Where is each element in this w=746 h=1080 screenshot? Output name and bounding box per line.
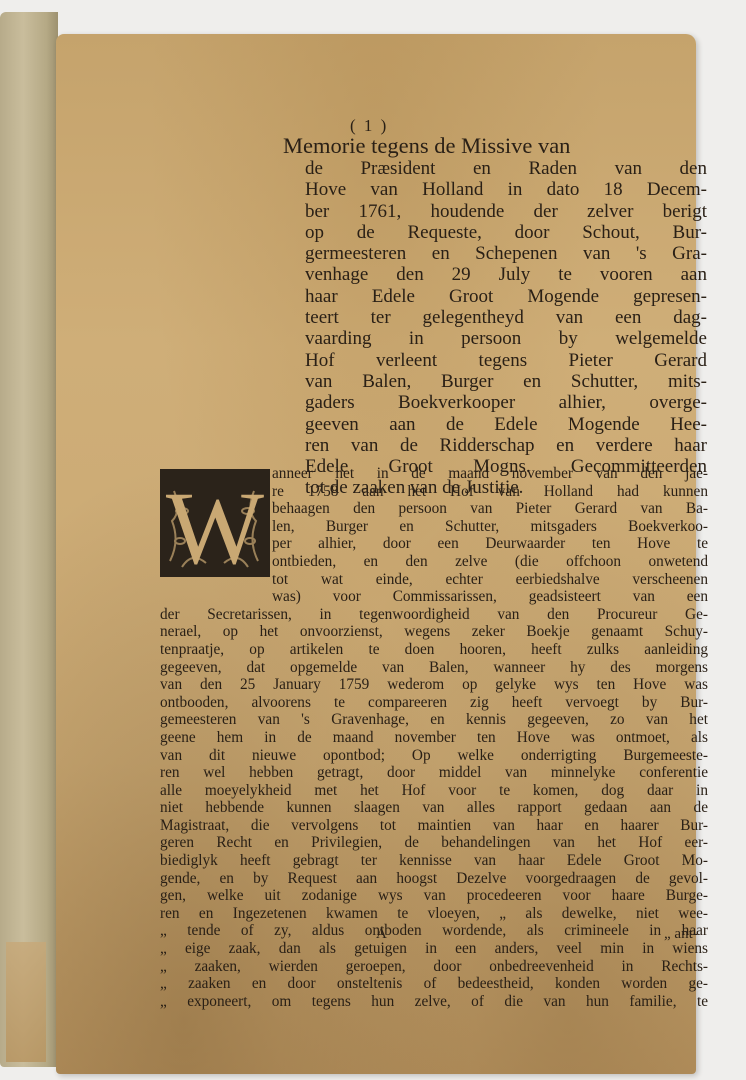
body-quoted-lines: „ tende of zy, aldus ontboden wordende, … bbox=[160, 922, 708, 1010]
text-line: de Præsident en Raden van den bbox=[283, 158, 707, 179]
text-line: Hof verleent tegens Pieter Gerard bbox=[283, 350, 707, 371]
text-line: biediglyk heeft gebragt ter kennisse van… bbox=[160, 852, 708, 870]
text-line: ber 1761, houdende der zelver berigt bbox=[283, 201, 707, 222]
text-line: „ eige zaak, dan als getuigen in een and… bbox=[160, 940, 708, 958]
text-line: ontbooden, alvoorens te compareeren zig … bbox=[160, 694, 708, 712]
text-line: geeven aan de Edele Mogende Hee- bbox=[283, 414, 707, 435]
text-line: teert ter gelegentheyd van een dag- bbox=[283, 307, 707, 328]
body-full-lines: der Secretarissen, in tegenwoordigheid v… bbox=[160, 606, 708, 923]
text-line: gemeesteren van 's Gravenhage, en kennis… bbox=[160, 711, 708, 729]
text-line: „ zaaken en door onsteltenis of bedeesth… bbox=[160, 975, 708, 993]
title-heading: Memorie tegens de Missive van bbox=[283, 134, 707, 158]
signature-mark: A bbox=[376, 926, 387, 943]
title-block: Memorie tegens de Missive van de Præside… bbox=[283, 134, 707, 499]
title-subtitle: de Præsident en Raden van denHove van Ho… bbox=[283, 158, 707, 499]
text-line: gegeeven, dat opgemelde van Balen, wanne… bbox=[160, 659, 708, 677]
text-line: van Balen, Burger en Schutter, mits- bbox=[283, 371, 707, 392]
text-line: „ tende of zy, aldus ontboden wordende, … bbox=[160, 922, 708, 940]
text-line: gende, en by Request aan hoogst Dezelve … bbox=[160, 870, 708, 888]
previous-page-edge bbox=[0, 12, 58, 1067]
text-line: venhage den 29 July te vooren aan bbox=[283, 264, 707, 285]
decorated-initial-w-icon: W bbox=[160, 469, 270, 577]
text-line: op de Requeste, door Schout, Bur- bbox=[283, 222, 707, 243]
text-line: alle moeyelykheid met het Hof voor te ko… bbox=[160, 782, 708, 800]
text-line: ren en Ingezetenen kwamen te vloeyen, „ … bbox=[160, 905, 708, 923]
torn-paper-fragment bbox=[6, 942, 46, 1062]
catchword: „ ant- bbox=[664, 926, 698, 943]
text-line: Hove van Holland in dato 18 Decem- bbox=[283, 179, 707, 200]
text-line: haar Edele Groot Mogende gepresen- bbox=[283, 286, 707, 307]
text-line: was) voor Commissarissen, geadsisteert v… bbox=[160, 588, 708, 606]
text-line: „ zaaken, wierden geroepen, door onbedre… bbox=[160, 958, 708, 976]
text-line: „ exponeert, om tegens hun zelve, of die… bbox=[160, 993, 708, 1011]
text-line: ren van de Ridderschap en verdere haar bbox=[283, 435, 707, 456]
text-line: geren Recht en Privilegien, de behandeli… bbox=[160, 834, 708, 852]
body-text: W anneer het in de maand november van de… bbox=[160, 465, 708, 1010]
text-line: Magistraat, die vervolgens tot maintien … bbox=[160, 817, 708, 835]
text-line: vaarding in persoon by welgemelde bbox=[283, 328, 707, 349]
text-line: der Secretarissen, in tegenwoordigheid v… bbox=[160, 606, 708, 624]
text-line: niet hebbende kunnen slaagen van alles r… bbox=[160, 799, 708, 817]
text-line: gen, welke uit zodanige wys van procedee… bbox=[160, 887, 708, 905]
text-line: gaders Boekverkooper alhier, overge- bbox=[283, 392, 707, 413]
text-line: tenpraatje, op artikelen te doen hooren,… bbox=[160, 641, 708, 659]
text-line: geene hem in de maand november ten Hove … bbox=[160, 729, 708, 747]
text-line: ren wel hebben getragt, door middel van … bbox=[160, 764, 708, 782]
text-line: van dit nieuwe opontbod; Op welke onderr… bbox=[160, 747, 708, 765]
svg-text:W: W bbox=[166, 471, 264, 575]
text-line: nerael, op het onvoorzienst, wegens zeke… bbox=[160, 623, 708, 641]
text-line: germeesteren en Schepenen van 's Gra- bbox=[283, 243, 707, 264]
text-line: van den 25 January 1759 wederom op gelyk… bbox=[160, 676, 708, 694]
